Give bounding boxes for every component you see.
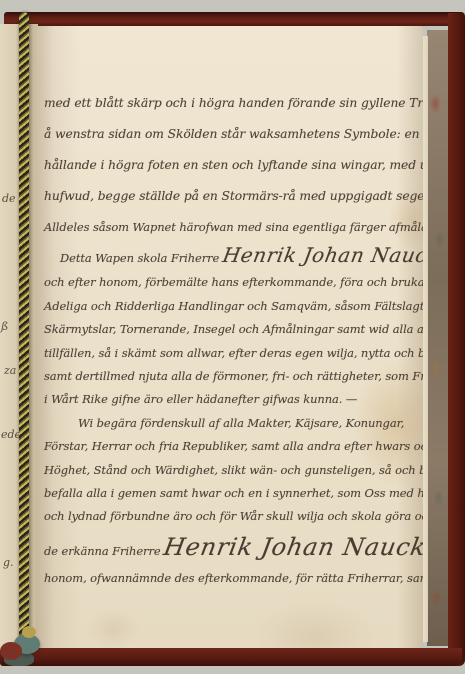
text-segment: å wenstra sidan om Skölden står waksamhe… bbox=[44, 127, 423, 141]
text-line: Skärmytslar, Tornerande, Insegel och Afm… bbox=[44, 322, 418, 345]
text-line: i Wårt Rike gifne äro eller hädanefter g… bbox=[44, 392, 418, 415]
facing-page-fragment: ß bbox=[1, 320, 8, 333]
text-segment: och lydnad förbundne äro och för Wår sku… bbox=[44, 509, 423, 523]
text-segment: Adeliga och Ridderliga Handlingar och Sa… bbox=[44, 299, 423, 313]
text-segment: och efter honom, förbemälte hans efterko… bbox=[44, 275, 423, 289]
text-line: och efter honom, förbemälte hans efterko… bbox=[44, 275, 418, 298]
facing-page-fragment: za bbox=[4, 364, 16, 377]
bottom-binding-edge bbox=[0, 648, 462, 666]
text-line: Förstar, Herrar och fria Republiker, sam… bbox=[44, 439, 418, 462]
right-binding-leather bbox=[448, 13, 465, 666]
text-line: hållande i högra foten en sten och lyfta… bbox=[44, 158, 418, 189]
text-segment: Alldeles såsom Wapnet härofwan med sina … bbox=[44, 220, 423, 234]
text-segment: med ett blått skärp och i högra handen f… bbox=[44, 96, 423, 110]
text-segment: honom, ofwannämnde des efterkommande, fö… bbox=[44, 571, 423, 585]
top-binding-edge bbox=[4, 12, 465, 26]
text-line: Adeliga och Ridderliga Handlingar och Sa… bbox=[44, 299, 418, 322]
text-line: Alldeles såsom Wapnet härofwan med sina … bbox=[44, 220, 418, 243]
text-segment: Skärmytslar, Tornerande, Insegel och Afm… bbox=[44, 322, 423, 336]
text-segment: Detta Wapen skola Friherre bbox=[60, 251, 223, 265]
text-segment: Wi begära fördenskull af alla Makter, Kä… bbox=[78, 416, 404, 430]
text-segment: tillfällen, så i skämt som allwar, efter… bbox=[44, 346, 423, 360]
cord-knot-loop bbox=[0, 642, 22, 660]
text-line: Höghet, Stånd och Wärdighet, slikt wän- … bbox=[44, 463, 418, 486]
text-segment: Höghet, Stånd och Wärdighet, slikt wän- … bbox=[44, 463, 423, 477]
right-marbled-edge bbox=[427, 30, 448, 646]
text-segment: de erkänna Friherre bbox=[44, 544, 164, 558]
photographed-book-page: de ß za ede g. med ett blått skärp och i… bbox=[0, 0, 465, 674]
cord-knot bbox=[0, 608, 48, 666]
text-segment: hufwud, begge ställde på en Stormärs-rå … bbox=[44, 189, 423, 203]
text-segment: hållande i högra foten en sten och lyfta… bbox=[44, 158, 423, 172]
text-line: befalla alla i gemen samt hwar och en i … bbox=[44, 486, 418, 509]
binding-cord bbox=[19, 12, 29, 642]
facing-page-fragment: de bbox=[2, 192, 16, 205]
cord-knot-loop bbox=[22, 626, 36, 638]
text-segment: befalla alla i gemen samt hwar och en i … bbox=[44, 486, 423, 500]
facing-page-fragment: g. bbox=[3, 556, 14, 569]
text-segment: i Wårt Rike gifne äro eller hädanefter g… bbox=[44, 392, 357, 406]
text-line: tillfällen, så i skämt som allwar, efter… bbox=[44, 346, 418, 369]
text-line: hufwud, begge ställde på en Stormärs-rå … bbox=[44, 189, 418, 220]
text-line: och lydnad förbundne äro och för Wår sku… bbox=[44, 509, 418, 532]
text-line: å wenstra sidan om Skölden står waksamhe… bbox=[44, 127, 418, 158]
text-segment: samt dertillmed njuta alla de förmoner, … bbox=[44, 369, 423, 383]
text-line: med ett blått skärp och i högra handen f… bbox=[44, 96, 418, 127]
manuscript-page: med ett blått skärp och i högra handen f… bbox=[36, 26, 423, 648]
text-line: Wi begära fördenskull af alla Makter, Kä… bbox=[44, 416, 418, 439]
text-line: samt dertillmed njuta alla de förmoner, … bbox=[44, 369, 418, 392]
text-segment: Förstar, Herrar och fria Republiker, sam… bbox=[44, 439, 423, 453]
text-line: honom, ofwannämnde des efterkommande, fö… bbox=[44, 571, 418, 594]
name-highlight: Henrik Johan Nauckhoff bbox=[162, 533, 423, 561]
name-highlight: Henrik Johan Nauckhoff bbox=[221, 243, 423, 267]
text-line: de erkänna Friherre Henrik Johan Nauckho… bbox=[44, 533, 418, 571]
text-line: Detta Wapen skola Friherre Henrik Johan … bbox=[44, 243, 418, 275]
text-block: med ett blått skärp och i högra handen f… bbox=[44, 96, 418, 594]
